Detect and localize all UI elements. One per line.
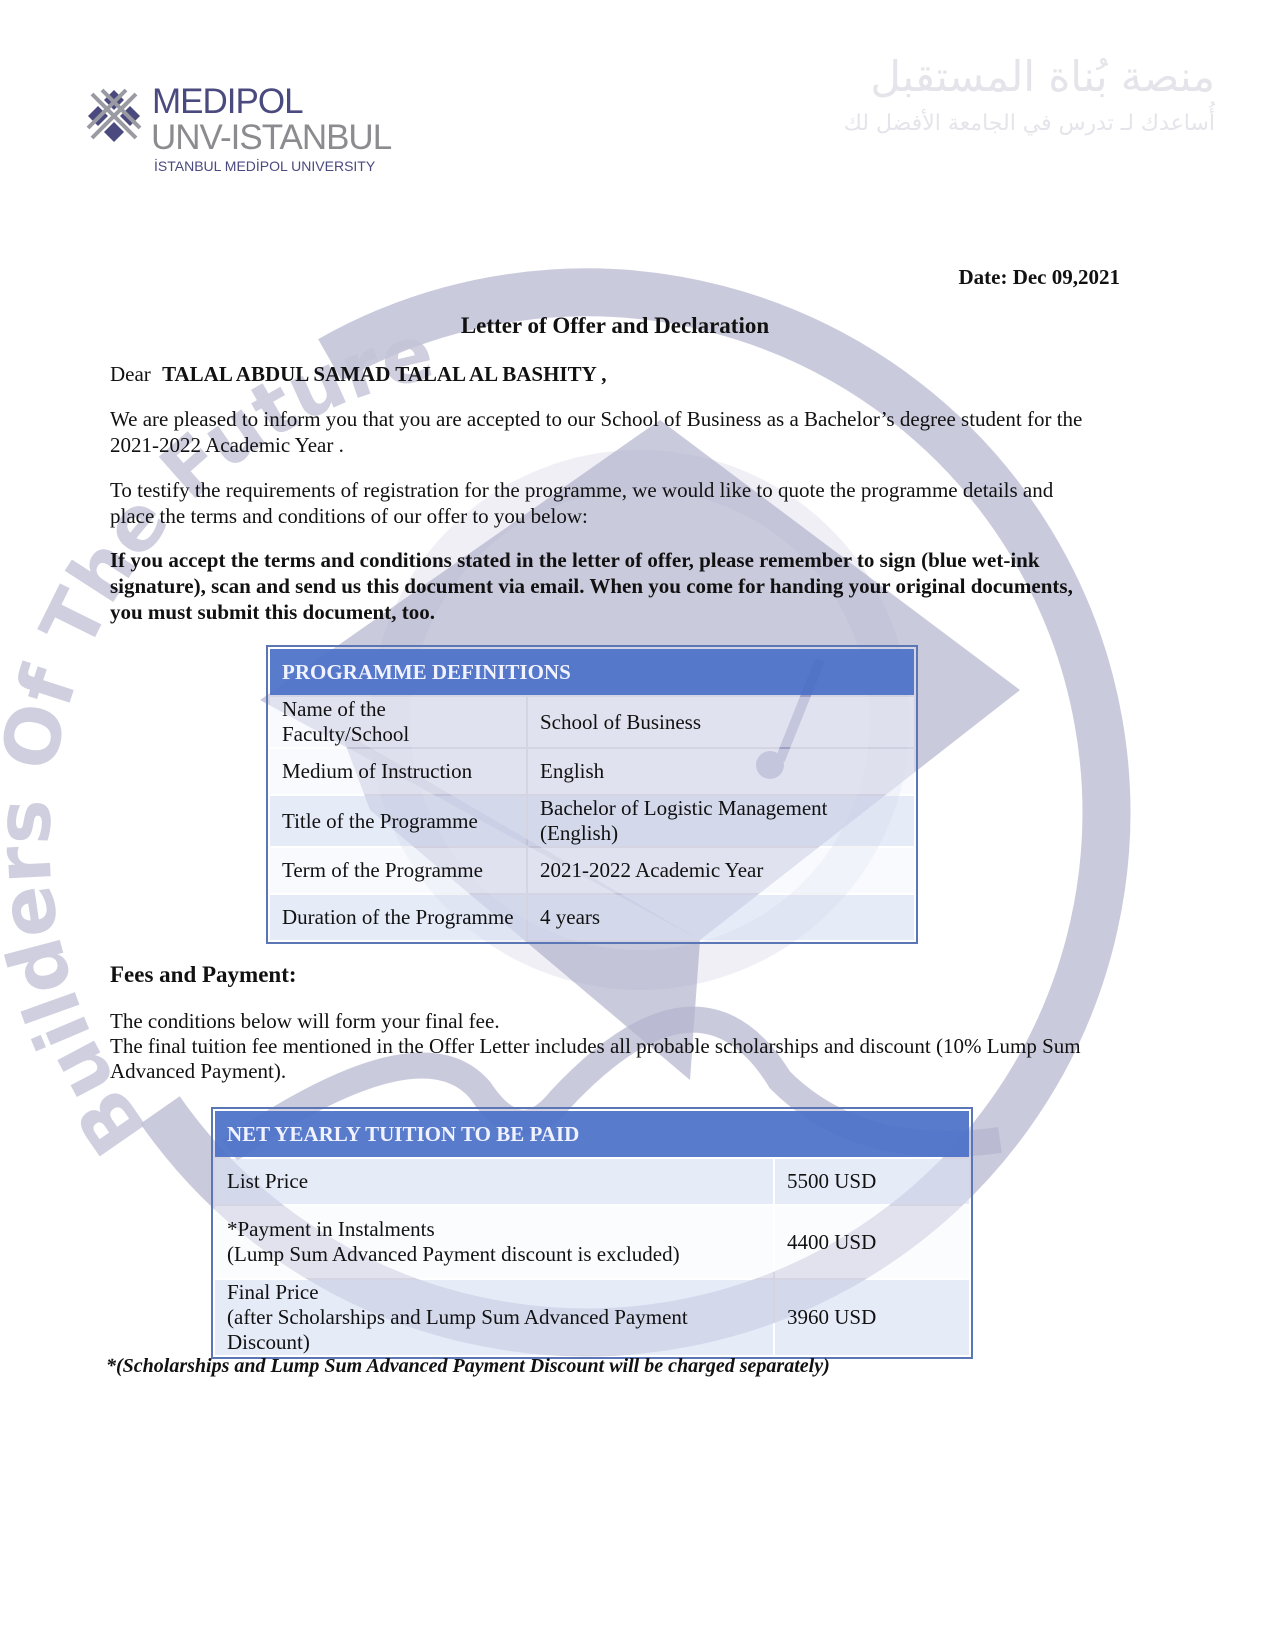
row-value: School of Business [528, 697, 914, 747]
row-label-main: *Payment in Instalments [227, 1217, 761, 1242]
tuition-table: NET YEARLY TUITION TO BE PAID List Price… [211, 1107, 973, 1359]
signature-instruction-paragraph: If you accept the terms and conditions s… [110, 547, 1100, 625]
row-value: Bachelor of Logistic Management (English… [528, 796, 914, 846]
row-label: *Payment in Instalments (Lump Sum Advanc… [215, 1206, 773, 1278]
table-row: Medium of Instruction English [270, 749, 914, 794]
table-row: *Payment in Instalments (Lump Sum Advanc… [215, 1206, 969, 1278]
footnote: *(Scholarships and Lump Sum Advanced Pay… [106, 1355, 830, 1378]
salutation: Dear TALAL ABDUL SAMAD TALAL AL BASHITY … [110, 361, 607, 387]
row-label: Medium of Instruction [270, 749, 526, 794]
table-row: Final Price (after Scholarships and Lump… [215, 1280, 969, 1355]
table-row: List Price 5500 USD [215, 1159, 969, 1204]
logo-line-3: İSTANBUL MEDİPOL UNIVERSITY [154, 156, 391, 176]
row-value: 5500 USD [775, 1159, 969, 1204]
fees-line-2: The final tuition fee mentioned in the O… [110, 1034, 1100, 1084]
arabic-brand-tagline: أُساعدك لـ تدرس في الجامعة الأفضل لك [844, 106, 1215, 142]
programme-table-heading: PROGRAMME DEFINITIONS [270, 649, 914, 695]
tuition-table-heading: NET YEARLY TUITION TO BE PAID [215, 1111, 969, 1157]
acceptance-paragraph: We are pleased to inform you that you ar… [110, 406, 1100, 458]
row-value: 3960 USD [775, 1280, 969, 1355]
arabic-brand: منصة بُناة المستقبل أُساعدك لـ تدرس في ا… [844, 48, 1215, 142]
row-label: Duration of the Programme [270, 895, 526, 940]
row-label: Title of the Programme [270, 796, 526, 846]
arabic-brand-title: منصة بُناة المستقبل [844, 48, 1215, 106]
letter-date: Date: Dec 09,2021 [958, 264, 1120, 290]
table-row: Title of the Programme Bachelor of Logis… [270, 796, 914, 846]
row-value: 4400 USD [775, 1206, 969, 1278]
row-value: 2021-2022 Academic Year [528, 848, 914, 893]
table-row: Term of the Programme 2021-2022 Academic… [270, 848, 914, 893]
row-label-sub: (after Scholarships and Lump Sum Advance… [227, 1305, 761, 1355]
logo-line-2: UNV-ISTANBUL [151, 120, 391, 156]
fees-line-1: The conditions below will form your fina… [110, 1009, 1100, 1034]
row-label-main: Final Price [227, 1280, 761, 1305]
letter-title: Letter of Offer and Declaration [110, 313, 1120, 339]
table-row: Duration of the Programme 4 years [270, 895, 914, 940]
salutation-word: Dear [110, 362, 151, 386]
programme-definitions-table: PROGRAMME DEFINITIONS Name of the Facult… [266, 645, 918, 944]
row-label: Name of the Faculty/School [270, 697, 526, 747]
logo-mark-icon [84, 86, 144, 146]
requirements-paragraph: To testify the requirements of registrat… [110, 477, 1100, 529]
fees-heading: Fees and Payment: [110, 962, 297, 988]
fees-description: The conditions below will form your fina… [110, 1009, 1100, 1084]
row-label-main: List Price [227, 1169, 761, 1194]
row-label: Term of the Programme [270, 848, 526, 893]
university-logo: MEDIPOL UNV-ISTANBUL İSTANBUL MEDİPOL UN… [84, 84, 391, 176]
row-label-sub: (Lump Sum Advanced Payment discount is e… [227, 1242, 761, 1267]
table-row: Name of the Faculty/School School of Bus… [270, 697, 914, 747]
row-label: Final Price (after Scholarships and Lump… [215, 1280, 773, 1355]
row-value: 4 years [528, 895, 914, 940]
row-value: English [528, 749, 914, 794]
recipient-name: TALAL ABDUL SAMAD TALAL AL BASHITY , [162, 362, 606, 386]
row-label: List Price [215, 1159, 773, 1204]
logo-line-1: MEDIPOL [152, 84, 391, 120]
